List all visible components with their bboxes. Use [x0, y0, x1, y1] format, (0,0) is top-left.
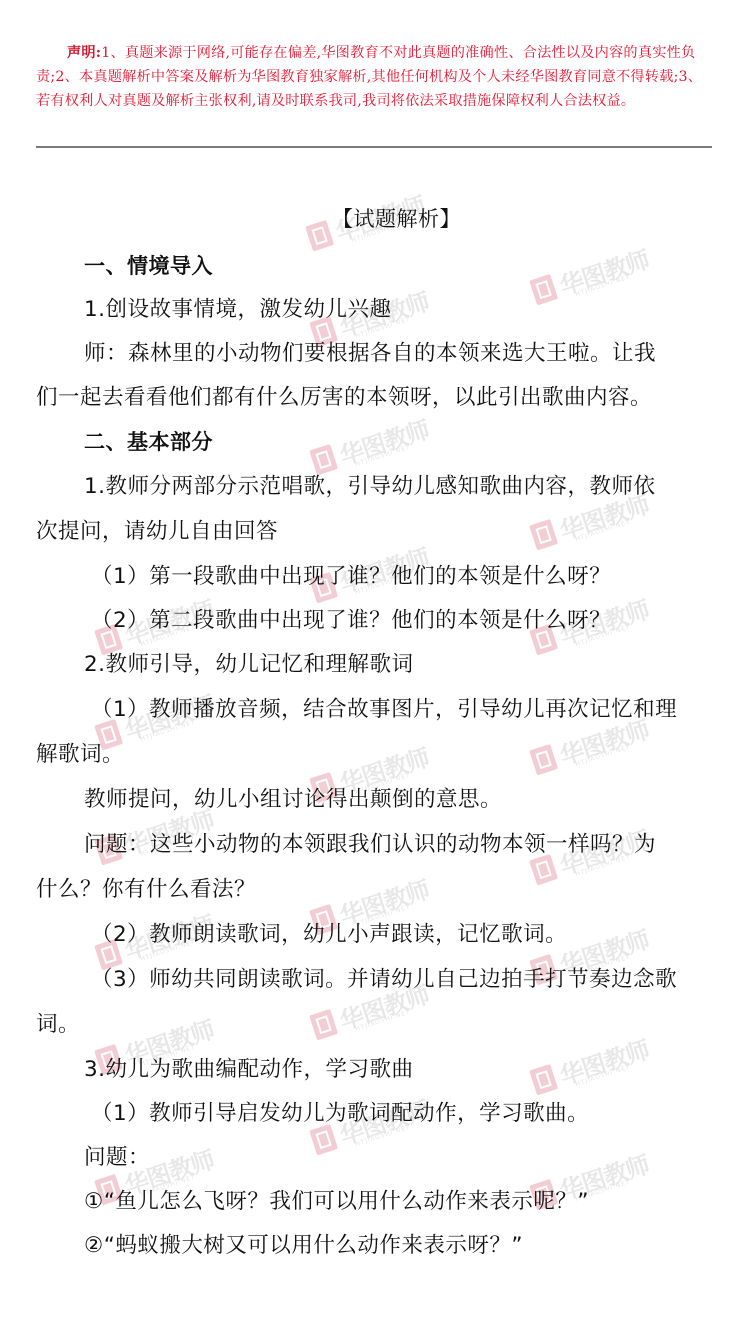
paragraph: 教师提问，幼儿小组讨论得出颠倒的意思。	[84, 786, 502, 814]
paragraph: （3）师幼共同朗读歌词。并请幼儿自己边拍手打节奏边念歌	[91, 966, 677, 994]
paragraph: ②“蚂蚁搬大树又可以用什么动作来表示呀？”	[84, 1232, 523, 1260]
disclaimer-label: 声明:	[67, 45, 101, 61]
paragraph: 什么？你有什么看法？	[36, 876, 256, 904]
paragraph: ①“鱼儿怎么飞呀？我们可以用什么动作来表示呢？”	[84, 1188, 589, 1216]
paragraph: （2）教师朗读歌词，幼儿小声跟读，记忆歌词。	[91, 921, 567, 949]
section-heading-intro: 一、情境导入	[84, 252, 213, 280]
disclaimer-text: 1、真题来源于网络,可能存在偏差,华图教育不对此真题的准确性、合法性以及内容的真…	[36, 45, 702, 109]
paragraph: （1）教师引导启发幼儿为歌词配动作，学习歌曲。	[91, 1100, 589, 1128]
paragraph: 次提问，请幼儿自由回答	[36, 518, 278, 546]
section-heading-main: 二、基本部分	[84, 428, 213, 456]
paragraph: 3.幼儿为歌曲编配动作，学习歌曲	[84, 1056, 414, 1084]
document-title: 【试题解析】	[332, 205, 461, 233]
paragraph: 问题：	[84, 1144, 150, 1172]
paragraph: 师：森林里的小动物们要根据各自的本领来选大王啦。让我	[84, 340, 656, 368]
paragraph: （2）第二段歌曲中出现了谁？他们的本领是什么呀？	[91, 607, 611, 635]
paragraph: 1.创设故事情境，激发幼儿兴趣	[84, 296, 392, 324]
paragraph: 们一起去看看他们都有什么厉害的本领呀，以此引出歌曲内容。	[36, 384, 652, 412]
paragraph: 词。	[36, 1011, 80, 1039]
watermark-logo-icon: 华图教师HTJIAOSHI.NET	[526, 1021, 664, 1105]
disclaimer-notice: 声明:1、真题来源于网络,可能存在偏差,华图教育不对此真题的准确性、合法性以及内…	[36, 41, 712, 113]
header-divider	[36, 146, 712, 148]
paragraph: （1）教师播放音频，结合故事图片，引导幼儿再次记忆和理	[91, 696, 677, 724]
paragraph: 2.教师引导，幼儿记忆和理解歌词	[84, 651, 414, 679]
paragraph: （1）第一段歌曲中出现了谁？他们的本领是什么呀？	[91, 563, 611, 591]
paragraph: 问题：这些小动物的本领跟我们认识的动物本领一样吗？为	[84, 831, 656, 859]
paragraph: 解歌词。	[36, 741, 124, 769]
paragraph: 1.教师分两部分示范唱歌，引导幼儿感知歌曲内容，教师依	[84, 473, 656, 501]
watermark-logo-icon: 华图教师HTJIAOSHI.NET	[526, 231, 664, 315]
